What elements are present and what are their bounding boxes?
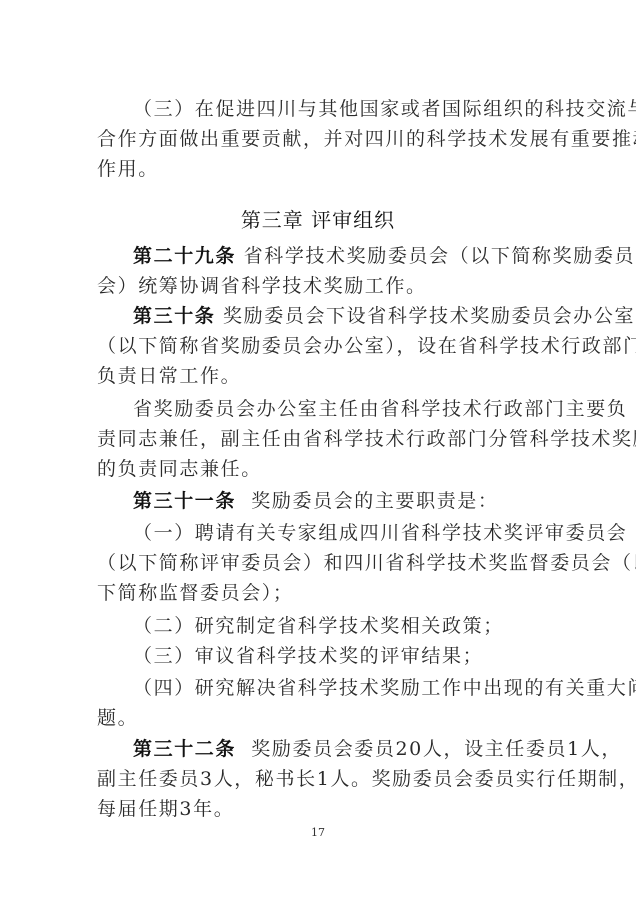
article-30-para2-line-3: 的负责同志兼任。 (97, 458, 542, 480)
article-32-label: 第三十二条 (133, 738, 236, 760)
chapter-title: 第三章 评审组织 (0, 204, 636, 233)
article-31-item-4: （四）研究解决省科学技术奖励工作中出现的有关重大问 (133, 677, 542, 699)
intro-line-1: （三）在促进四川与其他国家或者国际组织的科技交流与 (133, 98, 542, 120)
article-32-text: 奖励委员会委员20人，设主任委员1人， (251, 738, 622, 760)
article-29-text: 省科学技术奖励委员会（以下简称奖励委员 (244, 245, 635, 267)
page-number: 17 (0, 826, 636, 839)
article-29-label: 第二十九条 (133, 245, 236, 267)
article-31-text: 奖励委员会的主要职责是： (251, 490, 498, 512)
article-31-label: 第三十一条 (133, 490, 236, 512)
article-30-text: 奖励委员会下设省科学技术奖励委员会办公室 (223, 305, 635, 327)
article-32-line-1: 第三十二条 奖励委员会委员20人，设主任委员1人， (133, 738, 542, 760)
article-32-line-2: 副主任委员3人，秘书长1人。奖励委员会委员实行任期制， (97, 768, 542, 790)
article-30-label: 第三十条 (133, 305, 215, 327)
article-32-line-3: 每届任期3年。 (97, 798, 542, 820)
article-31-item-1-cont2: 下简称监督委员会）； (97, 582, 542, 604)
article-30-line-1: 第三十条 奖励委员会下设省科学技术奖励委员会办公室 (133, 305, 542, 327)
article-31-line-1: 第三十一条 奖励委员会的主要职责是： (133, 490, 542, 512)
article-31-item-1: （一）聘请有关专家组成四川省科学技术奖评审委员会 (133, 522, 542, 544)
article-29-line-1: 第二十九条 省科学技术奖励委员会（以下简称奖励委员 (133, 245, 542, 267)
article-30-para2-line-1: 省奖励委员会办公室主任由省科学技术行政部门主要负 (133, 398, 542, 420)
intro-line-2: 合作方面做出重要贡献，并对四川的科学技术发展有重要推动 (97, 128, 542, 150)
article-31-item-2: （二）研究制定省科学技术奖相关政策； (133, 615, 542, 637)
article-31-item-1-cont: （以下简称评审委员会）和四川省科学技术奖监督委员会（以 (97, 552, 542, 574)
article-31-item-3: （三）审议省科学技术奖的评审结果； (133, 645, 542, 667)
article-30-para2-line-2: 责同志兼任，副主任由省科学技术行政部门分管科学技术奖励 (97, 428, 542, 450)
document-page: （三）在促进四川与其他国家或者国际组织的科技交流与 合作方面做出重要贡献，并对四… (0, 0, 636, 900)
article-30-line-2: （以下简称省奖励委员会办公室），设在省科学技术行政部门， (97, 335, 542, 357)
article-31-item-4-cont: 题。 (97, 707, 542, 729)
article-29-line-2: 会）统筹协调省科学技术奖励工作。 (97, 275, 542, 297)
intro-line-3: 作用。 (97, 158, 542, 180)
article-30-line-3: 负责日常工作。 (97, 365, 542, 387)
